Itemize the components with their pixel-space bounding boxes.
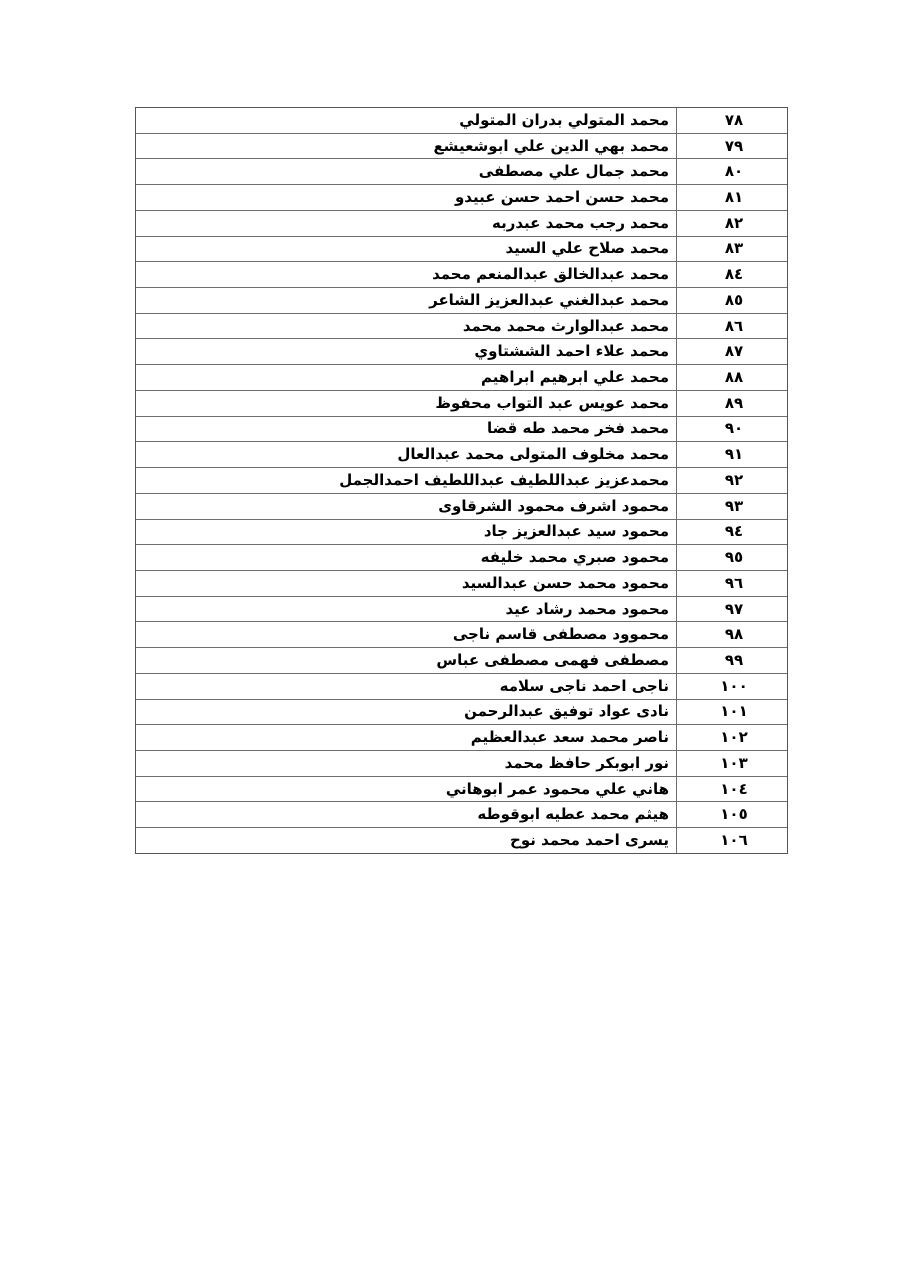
- name-cell: محمد مخلوف المتولى محمد عبدالعال: [136, 442, 676, 467]
- serial-cell: ٩٦: [676, 571, 787, 596]
- serial-cell: ١٠٢: [676, 725, 787, 750]
- serial-cell: ٩٠: [676, 417, 787, 442]
- name-cell: محمد المتولي بدران المتولي: [136, 108, 676, 133]
- name-cell: محمود اشرف محمود الشرقاوى: [136, 494, 676, 519]
- table-row: يسرى احمد محمد نوح ١٠٦: [136, 827, 787, 853]
- serial-cell: ٩٤: [676, 520, 787, 545]
- name-cell: هيثم محمد عطيه ابوقوطه: [136, 802, 676, 827]
- table-row: محمد عبدالغني عبدالعزيز الشاعر ٨٥: [136, 287, 787, 313]
- table-row: محمدعزيز عبداللطيف عبداللطيف احمدالجمل ٩…: [136, 467, 787, 493]
- serial-cell: ٨٠: [676, 159, 787, 184]
- name-cell: هاني علي محمود عمر ابوهاني: [136, 777, 676, 802]
- table-row: محمد صلاح علي السيد ٨٣: [136, 236, 787, 262]
- name-cell: ناجى احمد ناجى سلامه: [136, 674, 676, 699]
- serial-cell: ٨١: [676, 185, 787, 210]
- serial-cell: ٨٩: [676, 391, 787, 416]
- name-cell: محمد رجب محمد عبدربه: [136, 211, 676, 236]
- name-cell: محمد جمال علي مصطفى: [136, 159, 676, 184]
- table-row: نور ابوبكر حافظ محمد ١٠٣: [136, 750, 787, 776]
- table-row: محمد حسن احمد حسن عبيدو ٨١: [136, 184, 787, 210]
- table-row: محمد بهي الدين علي ابوشعيشع ٧٩: [136, 133, 787, 159]
- serial-cell: ٨٥: [676, 288, 787, 313]
- name-cell: محمدعزيز عبداللطيف عبداللطيف احمدالجمل: [136, 468, 676, 493]
- serial-cell: ٩٧: [676, 597, 787, 622]
- serial-cell: ٧٩: [676, 134, 787, 159]
- name-cell: محمد علي ابرهيم ابراهيم: [136, 365, 676, 390]
- serial-cell: ٩٥: [676, 545, 787, 570]
- name-cell: محمود سيد عبدالعزيز جاد: [136, 520, 676, 545]
- name-cell: محمد عبدالوارث محمد محمد: [136, 314, 676, 339]
- name-cell: محمد بهي الدين علي ابوشعيشع: [136, 134, 676, 159]
- table-row: ناصر محمد سعد عبدالعظيم ١٠٢: [136, 724, 787, 750]
- serial-cell: ١٠١: [676, 700, 787, 725]
- serial-cell: ٩٨: [676, 622, 787, 647]
- table-row: محمود محمد حسن عبدالسيد ٩٦: [136, 570, 787, 596]
- serial-cell: ٩٢: [676, 468, 787, 493]
- table-row: محموود مصطفى قاسم ناجى ٩٨: [136, 621, 787, 647]
- table-row: محمد فخر محمد طه قضا ٩٠: [136, 416, 787, 442]
- serial-cell: ٩٣: [676, 494, 787, 519]
- serial-cell: ١٠٤: [676, 777, 787, 802]
- name-cell: محمد عويس عبد التواب محفوظ: [136, 391, 676, 416]
- serial-cell: ١٠٠: [676, 674, 787, 699]
- table-row: نادى عواد توفيق عبدالرحمن ١٠١: [136, 699, 787, 725]
- name-cell: محموود مصطفى قاسم ناجى: [136, 622, 676, 647]
- name-cell: محمد حسن احمد حسن عبيدو: [136, 185, 676, 210]
- table-row: محمد علاء احمد الششتاوي ٨٧: [136, 338, 787, 364]
- serial-cell: ٨٦: [676, 314, 787, 339]
- name-cell: يسرى احمد محمد نوح: [136, 828, 676, 853]
- serial-cell: ٨٤: [676, 262, 787, 287]
- serial-cell: ٨٧: [676, 339, 787, 364]
- table-row: محمود سيد عبدالعزيز جاد ٩٤: [136, 519, 787, 545]
- table-row: محمود محمد رشاد عيد ٩٧: [136, 596, 787, 622]
- table-row: محمد عويس عبد التواب محفوظ ٨٩: [136, 390, 787, 416]
- name-cell: مصطفى فهمى مصطفى عباس: [136, 648, 676, 673]
- table-row: هاني علي محمود عمر ابوهاني ١٠٤: [136, 776, 787, 802]
- serial-cell: ٨٢: [676, 211, 787, 236]
- name-cell: محمد صلاح علي السيد: [136, 237, 676, 262]
- name-cell: محمد فخر محمد طه قضا: [136, 417, 676, 442]
- table-row: محمد عبدالخالق عبدالمنعم محمد ٨٤: [136, 261, 787, 287]
- table-row: محمد عبدالوارث محمد محمد ٨٦: [136, 313, 787, 339]
- table-row: محمد مخلوف المتولى محمد عبدالعال ٩١: [136, 441, 787, 467]
- name-cell: محمد عبدالخالق عبدالمنعم محمد: [136, 262, 676, 287]
- names-table: محمد المتولي بدران المتولي ٧٨ محمد بهي ا…: [135, 107, 788, 854]
- serial-cell: ١٠٦: [676, 828, 787, 853]
- name-cell: محمد عبدالغني عبدالعزيز الشاعر: [136, 288, 676, 313]
- table-row: محمد رجب محمد عبدربه ٨٢: [136, 210, 787, 236]
- name-cell: محمود صبري محمد خليفه: [136, 545, 676, 570]
- name-cell: نادى عواد توفيق عبدالرحمن: [136, 700, 676, 725]
- table-row: هيثم محمد عطيه ابوقوطه ١٠٥: [136, 801, 787, 827]
- serial-cell: ٨٣: [676, 237, 787, 262]
- serial-cell: ٨٨: [676, 365, 787, 390]
- table-row: محمد علي ابرهيم ابراهيم ٨٨: [136, 364, 787, 390]
- serial-cell: ١٠٣: [676, 751, 787, 776]
- serial-cell: ١٠٥: [676, 802, 787, 827]
- serial-cell: ٩١: [676, 442, 787, 467]
- serial-cell: ٧٨: [676, 108, 787, 133]
- table-row: ناجى احمد ناجى سلامه ١٠٠: [136, 673, 787, 699]
- name-cell: ناصر محمد سعد عبدالعظيم: [136, 725, 676, 750]
- table-row: محمود صبري محمد خليفه ٩٥: [136, 544, 787, 570]
- name-cell: محمد علاء احمد الششتاوي: [136, 339, 676, 364]
- table-row: محمد المتولي بدران المتولي ٧٨: [136, 108, 787, 133]
- name-cell: محمود محمد حسن عبدالسيد: [136, 571, 676, 596]
- name-cell: محمود محمد رشاد عيد: [136, 597, 676, 622]
- name-cell: نور ابوبكر حافظ محمد: [136, 751, 676, 776]
- serial-cell: ٩٩: [676, 648, 787, 673]
- table-row: محمد جمال علي مصطفى ٨٠: [136, 158, 787, 184]
- table-row: مصطفى فهمى مصطفى عباس ٩٩: [136, 647, 787, 673]
- table-row: محمود اشرف محمود الشرقاوى ٩٣: [136, 493, 787, 519]
